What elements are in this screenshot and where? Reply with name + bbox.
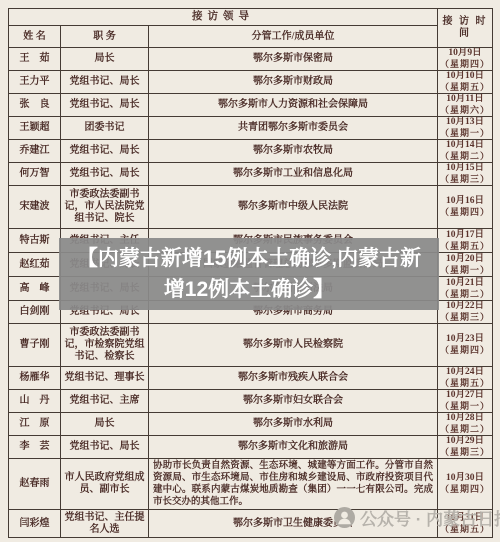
cell-name: 宋建波 bbox=[9, 186, 61, 229]
cell-name: 赵春雨 bbox=[9, 459, 61, 510]
cell-position: 党组书记、局长 bbox=[61, 94, 149, 117]
visit-weekday: （星期三） bbox=[440, 447, 490, 458]
column-header-time: 接 访 时 间 bbox=[438, 9, 493, 48]
visit-date: 10月21日 bbox=[440, 278, 490, 289]
cell-time: 10月21日（星期二） bbox=[438, 277, 493, 301]
news-caption-overlay: 【内蒙古新增15例本土确诊,内蒙古新增12例本土确诊】 bbox=[59, 238, 439, 310]
cell-name: 赵红茹 bbox=[9, 253, 61, 277]
cell-position: 局长 bbox=[61, 48, 149, 71]
cell-time: 10月14日（星期二） bbox=[438, 140, 493, 163]
cell-name: 白剑刚 bbox=[9, 301, 61, 324]
visit-weekday: （星期五） bbox=[440, 241, 490, 252]
visit-weekday: （星期二） bbox=[440, 151, 490, 162]
column-header-work: 分管工作/成员单位 bbox=[149, 26, 438, 48]
cell-position: 局长 bbox=[61, 413, 149, 436]
table-column-header-row: 姓 名 职 务 分管工作/成员单位 bbox=[9, 26, 493, 48]
table-row: 王 茹局长鄂尔多斯市保密局10月9日（星期四） bbox=[9, 48, 493, 71]
table-row: 赵春雨市人民政府党组成员、副市长协助市长负责自然资源、生态环境、城建等方面工作。… bbox=[9, 459, 493, 510]
visit-date: 10月20日 bbox=[440, 254, 490, 265]
cell-time: 10月20日（星期一） bbox=[438, 253, 493, 277]
visit-weekday: （星期一） bbox=[440, 128, 490, 139]
cell-name: 乔建江 bbox=[9, 140, 61, 163]
cell-name: 王 茹 bbox=[9, 48, 61, 71]
table-row: 李 芸党组书记、局长鄂尔多斯市文化和旅游局10月29日（星期三） bbox=[9, 436, 493, 459]
visit-date: 10月30日 bbox=[440, 473, 490, 484]
visit-weekday: （星期四） bbox=[440, 345, 490, 356]
visit-weekday: （星期二） bbox=[440, 424, 490, 435]
cell-name: 李 芸 bbox=[9, 436, 61, 459]
table-row: 乔建江党组书记、局长鄂尔多斯市农牧局10月14日（星期二） bbox=[9, 140, 493, 163]
cell-time: 10月17日（星期五） bbox=[438, 229, 493, 253]
cell-unit: 共青团鄂尔多斯市委员会 bbox=[149, 117, 438, 140]
group-header-title: 接访领导 bbox=[9, 9, 438, 26]
visit-weekday: （星期四） bbox=[440, 59, 490, 70]
visit-weekday: （星期四） bbox=[440, 207, 490, 218]
visit-weekday: （星期五） bbox=[440, 82, 490, 93]
visit-date: 10月9日 bbox=[440, 48, 490, 59]
cell-position: 党组书记、主任提名人选 bbox=[61, 510, 149, 538]
cell-time: 10月29日（星期三） bbox=[438, 436, 493, 459]
cell-time: 10月9日（星期四） bbox=[438, 48, 493, 71]
cell-time: 10月11日（星期六） bbox=[438, 94, 493, 117]
cell-position: 党组书记、理事长 bbox=[61, 367, 149, 390]
visit-date: 10月14日 bbox=[440, 140, 490, 151]
cell-unit: 鄂尔多斯市工业和信息化局 bbox=[149, 163, 438, 186]
scanned-schedule-page: 接访领导 接 访 时 间 姓 名 职 务 分管工作/成员单位 王 茹局长鄂尔多斯… bbox=[0, 0, 500, 542]
watermark-text: 公众号 · 内蒙古日报 bbox=[360, 505, 500, 530]
visit-date: 10月13日 bbox=[440, 117, 490, 128]
visit-date: 10月27日 bbox=[440, 390, 490, 401]
cell-unit: 鄂尔多斯市残疾人联合会 bbox=[149, 367, 438, 390]
table-row: 江 原局长鄂尔多斯市水利局10月28日（星期二） bbox=[9, 413, 493, 436]
cell-position: 市人民政府党组成员、副市长 bbox=[61, 459, 149, 510]
table-row: 杨雁华党组书记、理事长鄂尔多斯市残疾人联合会10月24日（星期五） bbox=[9, 367, 493, 390]
cell-time: 10月15日（星期三） bbox=[438, 163, 493, 186]
visit-weekday: （星期二） bbox=[440, 289, 490, 300]
cell-name: 高 峰 bbox=[9, 277, 61, 301]
table-row: 宋建波市委政法委副书记，市人民法院党组书记、院长鄂尔多斯市中级人民法院10月16… bbox=[9, 186, 493, 229]
cell-unit: 鄂尔多斯市人力资源和社会保障局 bbox=[149, 94, 438, 117]
cell-name: 何万智 bbox=[9, 163, 61, 186]
cell-time: 10月30日（星期四） bbox=[438, 459, 493, 510]
column-header-position: 职 务 bbox=[61, 26, 149, 48]
cell-unit: 鄂尔多斯市财政局 bbox=[149, 71, 438, 94]
table-group-header-row: 接访领导 接 访 时 间 bbox=[9, 9, 493, 26]
visit-date: 10月22日 bbox=[440, 301, 490, 312]
visit-weekday: （星期三） bbox=[440, 312, 490, 323]
cell-name: 江 原 bbox=[9, 413, 61, 436]
cell-time: 10月22日（星期三） bbox=[438, 301, 493, 324]
cell-name: 曹子刚 bbox=[9, 324, 61, 367]
table-row: 王力平党组书记、局长鄂尔多斯市财政局10月10日（星期五） bbox=[9, 71, 493, 94]
visit-date: 10月11日 bbox=[440, 94, 490, 105]
cell-position: 党组书记、局长 bbox=[61, 163, 149, 186]
cell-position: 市委政法委副书记，市人民法院党组书记、院长 bbox=[61, 186, 149, 229]
cell-unit: 鄂尔多斯市农牧局 bbox=[149, 140, 438, 163]
visit-date: 10月28日 bbox=[440, 413, 490, 424]
cell-position: 团委书记 bbox=[61, 117, 149, 140]
cell-position: 党组书记、主席 bbox=[61, 390, 149, 413]
visit-weekday: （星期三） bbox=[440, 174, 490, 185]
cell-unit: 鄂尔多斯市人民检察院 bbox=[149, 324, 438, 367]
cell-time: 10月27日（星期一） bbox=[438, 390, 493, 413]
cell-name: 闫彩煌 bbox=[9, 510, 61, 538]
cell-position: 党组书记、局长 bbox=[61, 436, 149, 459]
visit-weekday: （星期五） bbox=[440, 378, 490, 389]
wechat-official-account-icon bbox=[334, 507, 355, 528]
cell-name: 张 良 bbox=[9, 94, 61, 117]
visit-date: 10月16日 bbox=[440, 196, 490, 207]
table-row: 何万智党组书记、局长鄂尔多斯市工业和信息化局10月15日（星期三） bbox=[9, 163, 493, 186]
table-row: 张 良党组书记、局长鄂尔多斯市人力资源和社会保障局10月11日（星期六） bbox=[9, 94, 493, 117]
visit-date: 10月17日 bbox=[440, 230, 490, 241]
visit-date: 10月23日 bbox=[440, 334, 490, 345]
cell-name: 王颖超 bbox=[9, 117, 61, 140]
cell-time: 10月23日（星期四） bbox=[438, 324, 493, 367]
cell-name: 王力平 bbox=[9, 71, 61, 94]
news-caption-text: 【内蒙古新增15例本土确诊,内蒙古新增12例本土确诊】 bbox=[67, 243, 431, 305]
visit-date: 10月29日 bbox=[440, 436, 490, 447]
cell-position: 市委政法委副书记，市检察院党组书记、检察长 bbox=[61, 324, 149, 367]
table-row: 山 丹党组书记、主席鄂尔多斯市妇女联合会10月27日（星期一） bbox=[9, 390, 493, 413]
table-row: 王颖超团委书记共青团鄂尔多斯市委员会10月13日（星期一） bbox=[9, 117, 493, 140]
cell-name: 杨雁华 bbox=[9, 367, 61, 390]
visit-weekday: （星期一） bbox=[440, 265, 490, 276]
cell-name: 特古斯 bbox=[9, 229, 61, 253]
cell-unit: 鄂尔多斯市中级人民法院 bbox=[149, 186, 438, 229]
cell-position: 党组书记、局长 bbox=[61, 140, 149, 163]
cell-unit: 鄂尔多斯市水利局 bbox=[149, 413, 438, 436]
visit-date: 10月24日 bbox=[440, 367, 490, 378]
cell-unit: 鄂尔多斯市保密局 bbox=[149, 48, 438, 71]
cell-unit: 鄂尔多斯市妇女联合会 bbox=[149, 390, 438, 413]
visit-weekday: （星期六） bbox=[440, 105, 490, 116]
visit-weekday: （星期四） bbox=[440, 484, 490, 495]
cell-time: 10月16日（星期四） bbox=[438, 186, 493, 229]
visit-date: 10月15日 bbox=[440, 163, 490, 174]
cell-time: 10月13日（星期一） bbox=[438, 117, 493, 140]
cell-unit: 协助市长负责自然资源、生态环境、城建等方面工作。分管市自然资源局、市生态环境局、… bbox=[149, 459, 438, 510]
watermark: 公众号 · 内蒙古日报 bbox=[334, 505, 500, 530]
table-row: 曹子刚市委政法委副书记，市检察院党组书记、检察长鄂尔多斯市人民检察院10月23日… bbox=[9, 324, 493, 367]
cell-time: 10月24日（星期五） bbox=[438, 367, 493, 390]
visit-weekday: （星期一） bbox=[440, 401, 490, 412]
cell-unit: 鄂尔多斯市文化和旅游局 bbox=[149, 436, 438, 459]
column-header-name: 姓 名 bbox=[9, 26, 61, 48]
visit-date: 10月10日 bbox=[440, 71, 490, 82]
cell-name: 山 丹 bbox=[9, 390, 61, 413]
cell-position: 党组书记、局长 bbox=[61, 71, 149, 94]
cell-time: 10月10日（星期五） bbox=[438, 71, 493, 94]
cell-time: 10月28日（星期二） bbox=[438, 413, 493, 436]
